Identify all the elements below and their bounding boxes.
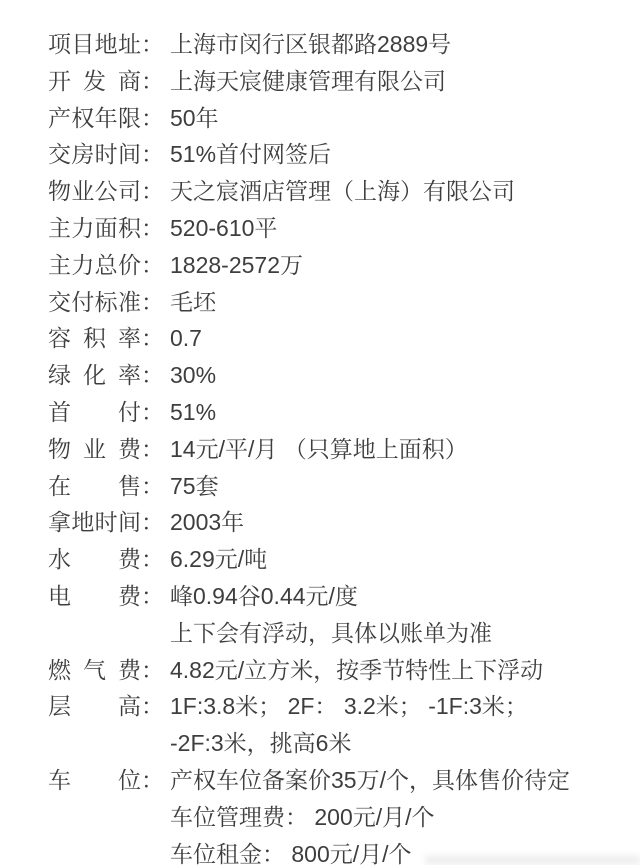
field-value: 2003年 <box>170 504 624 541</box>
row-electricity-fee-note: 上下会有浮动，具体以账单为准 <box>48 615 624 652</box>
row-electricity-fee: 电费：峰0.94谷0.44元/度 <box>48 578 624 615</box>
row-main-total-price: 主力总价：1828-2572万 <box>48 247 624 284</box>
field-colon: ： <box>141 247 164 284</box>
field-value: 14元/平/月 （只算地上面积） <box>170 431 624 468</box>
row-property-rights-years: 产权年限：50年 <box>48 100 624 137</box>
field-label: 燃气费 <box>48 652 141 689</box>
watermark-smudge <box>425 855 640 865</box>
field-label: 交付标准 <box>48 284 141 321</box>
field-value: 上海市闵行区银都路2889号 <box>170 26 624 63</box>
field-colon: ： <box>141 210 164 247</box>
field-colon: ： <box>141 652 164 689</box>
field-colon: ： <box>141 173 164 210</box>
row-plot-ratio: 容积率：0.7 <box>48 320 624 357</box>
row-parking-management-fee: 车位管理费： 200元/月/个 <box>48 799 624 836</box>
property-info-sheet: 项目地址：上海市闵行区银都路2889号 开发商：上海天宸健康管理有限公司 产权年… <box>0 0 640 865</box>
field-colon: ： <box>141 320 164 357</box>
field-colon: ： <box>141 504 164 541</box>
field-colon: ： <box>141 357 164 394</box>
row-property-management-company: 物业公司：天之宸酒店管理（上海）有限公司 <box>48 173 624 210</box>
row-property-fee: 物业费：14元/平/月 （只算地上面积） <box>48 431 624 468</box>
field-label: 主力面积 <box>48 210 141 247</box>
field-value: 产权车位备案价35万/个，具体售价待定 <box>170 762 624 799</box>
field-value: 51%首付网签后 <box>170 136 624 173</box>
field-value: 4.82元/立方米，按季节特性上下浮动 <box>170 652 624 689</box>
field-value: 上下会有浮动，具体以账单为准 <box>170 615 624 652</box>
row-parking-space: 车位：产权车位备案价35万/个，具体售价待定 <box>48 762 624 799</box>
field-value: 上海天宸健康管理有限公司 <box>170 63 624 100</box>
field-label: 首付 <box>48 394 141 431</box>
field-label: 开发商 <box>48 63 141 100</box>
field-label: 容积率 <box>48 320 141 357</box>
row-delivery-time: 交房时间：51%首付网签后 <box>48 136 624 173</box>
field-label: 层高 <box>48 688 141 725</box>
field-colon: ： <box>141 394 164 431</box>
row-project-address: 项目地址：上海市闵行区银都路2889号 <box>48 26 624 63</box>
field-colon: ： <box>141 63 164 100</box>
row-land-acquisition-time: 拿地时间：2003年 <box>48 504 624 541</box>
field-value: 1828-2572万 <box>170 247 624 284</box>
field-label: 项目地址 <box>48 26 141 63</box>
field-label: 车位 <box>48 762 141 799</box>
field-value: 75套 <box>170 468 624 505</box>
field-label: 物业公司 <box>48 173 141 210</box>
field-colon: ： <box>141 541 164 578</box>
field-colon: ： <box>141 578 164 615</box>
field-colon: ： <box>141 284 164 321</box>
field-value: 天之宸酒店管理（上海）有限公司 <box>170 173 624 210</box>
field-value: 51% <box>170 394 624 431</box>
field-value: 6.29元/吨 <box>170 541 624 578</box>
field-label: 产权年限 <box>48 100 141 137</box>
field-label: 电费 <box>48 578 141 615</box>
field-value: 毛坯 <box>170 284 624 321</box>
row-gas-fee: 燃气费：4.82元/立方米，按季节特性上下浮动 <box>48 652 624 689</box>
field-label: 水费 <box>48 541 141 578</box>
field-colon: ： <box>141 431 164 468</box>
field-label: 物业费 <box>48 431 141 468</box>
field-colon: ： <box>141 136 164 173</box>
field-colon: ： <box>141 688 164 725</box>
row-greening-rate: 绿化率：30% <box>48 357 624 394</box>
row-delivery-standard: 交付标准：毛坯 <box>48 284 624 321</box>
field-label: 在售 <box>48 468 141 505</box>
field-colon: ： <box>141 100 164 137</box>
field-label: 交房时间 <box>48 136 141 173</box>
field-label: 绿化率 <box>48 357 141 394</box>
row-down-payment: 首付：51% <box>48 394 624 431</box>
field-colon: ： <box>141 26 164 63</box>
field-value: 50年 <box>170 100 624 137</box>
field-colon: ： <box>141 468 164 505</box>
field-value: 0.7 <box>170 320 624 357</box>
row-developer: 开发商：上海天宸健康管理有限公司 <box>48 63 624 100</box>
field-label: 拿地时间 <box>48 504 141 541</box>
field-value: 车位管理费： 200元/月/个 <box>170 799 624 836</box>
row-water-fee: 水费：6.29元/吨 <box>48 541 624 578</box>
field-value: -2F:3米，挑高6米 <box>170 725 624 762</box>
field-value: 30% <box>170 357 624 394</box>
row-units-on-sale: 在售：75套 <box>48 468 624 505</box>
field-value: 520-610平 <box>170 210 624 247</box>
row-main-area: 主力面积：520-610平 <box>48 210 624 247</box>
field-value: 1F:3.8米； 2F： 3.2米； -1F:3米； <box>170 688 624 725</box>
field-colon: ： <box>141 762 164 799</box>
row-floor-height: 层高：1F:3.8米； 2F： 3.2米； -1F:3米； <box>48 688 624 725</box>
field-value: 峰0.94谷0.44元/度 <box>170 578 624 615</box>
field-label: 主力总价 <box>48 247 141 284</box>
row-floor-height-continued: -2F:3米，挑高6米 <box>48 725 624 762</box>
